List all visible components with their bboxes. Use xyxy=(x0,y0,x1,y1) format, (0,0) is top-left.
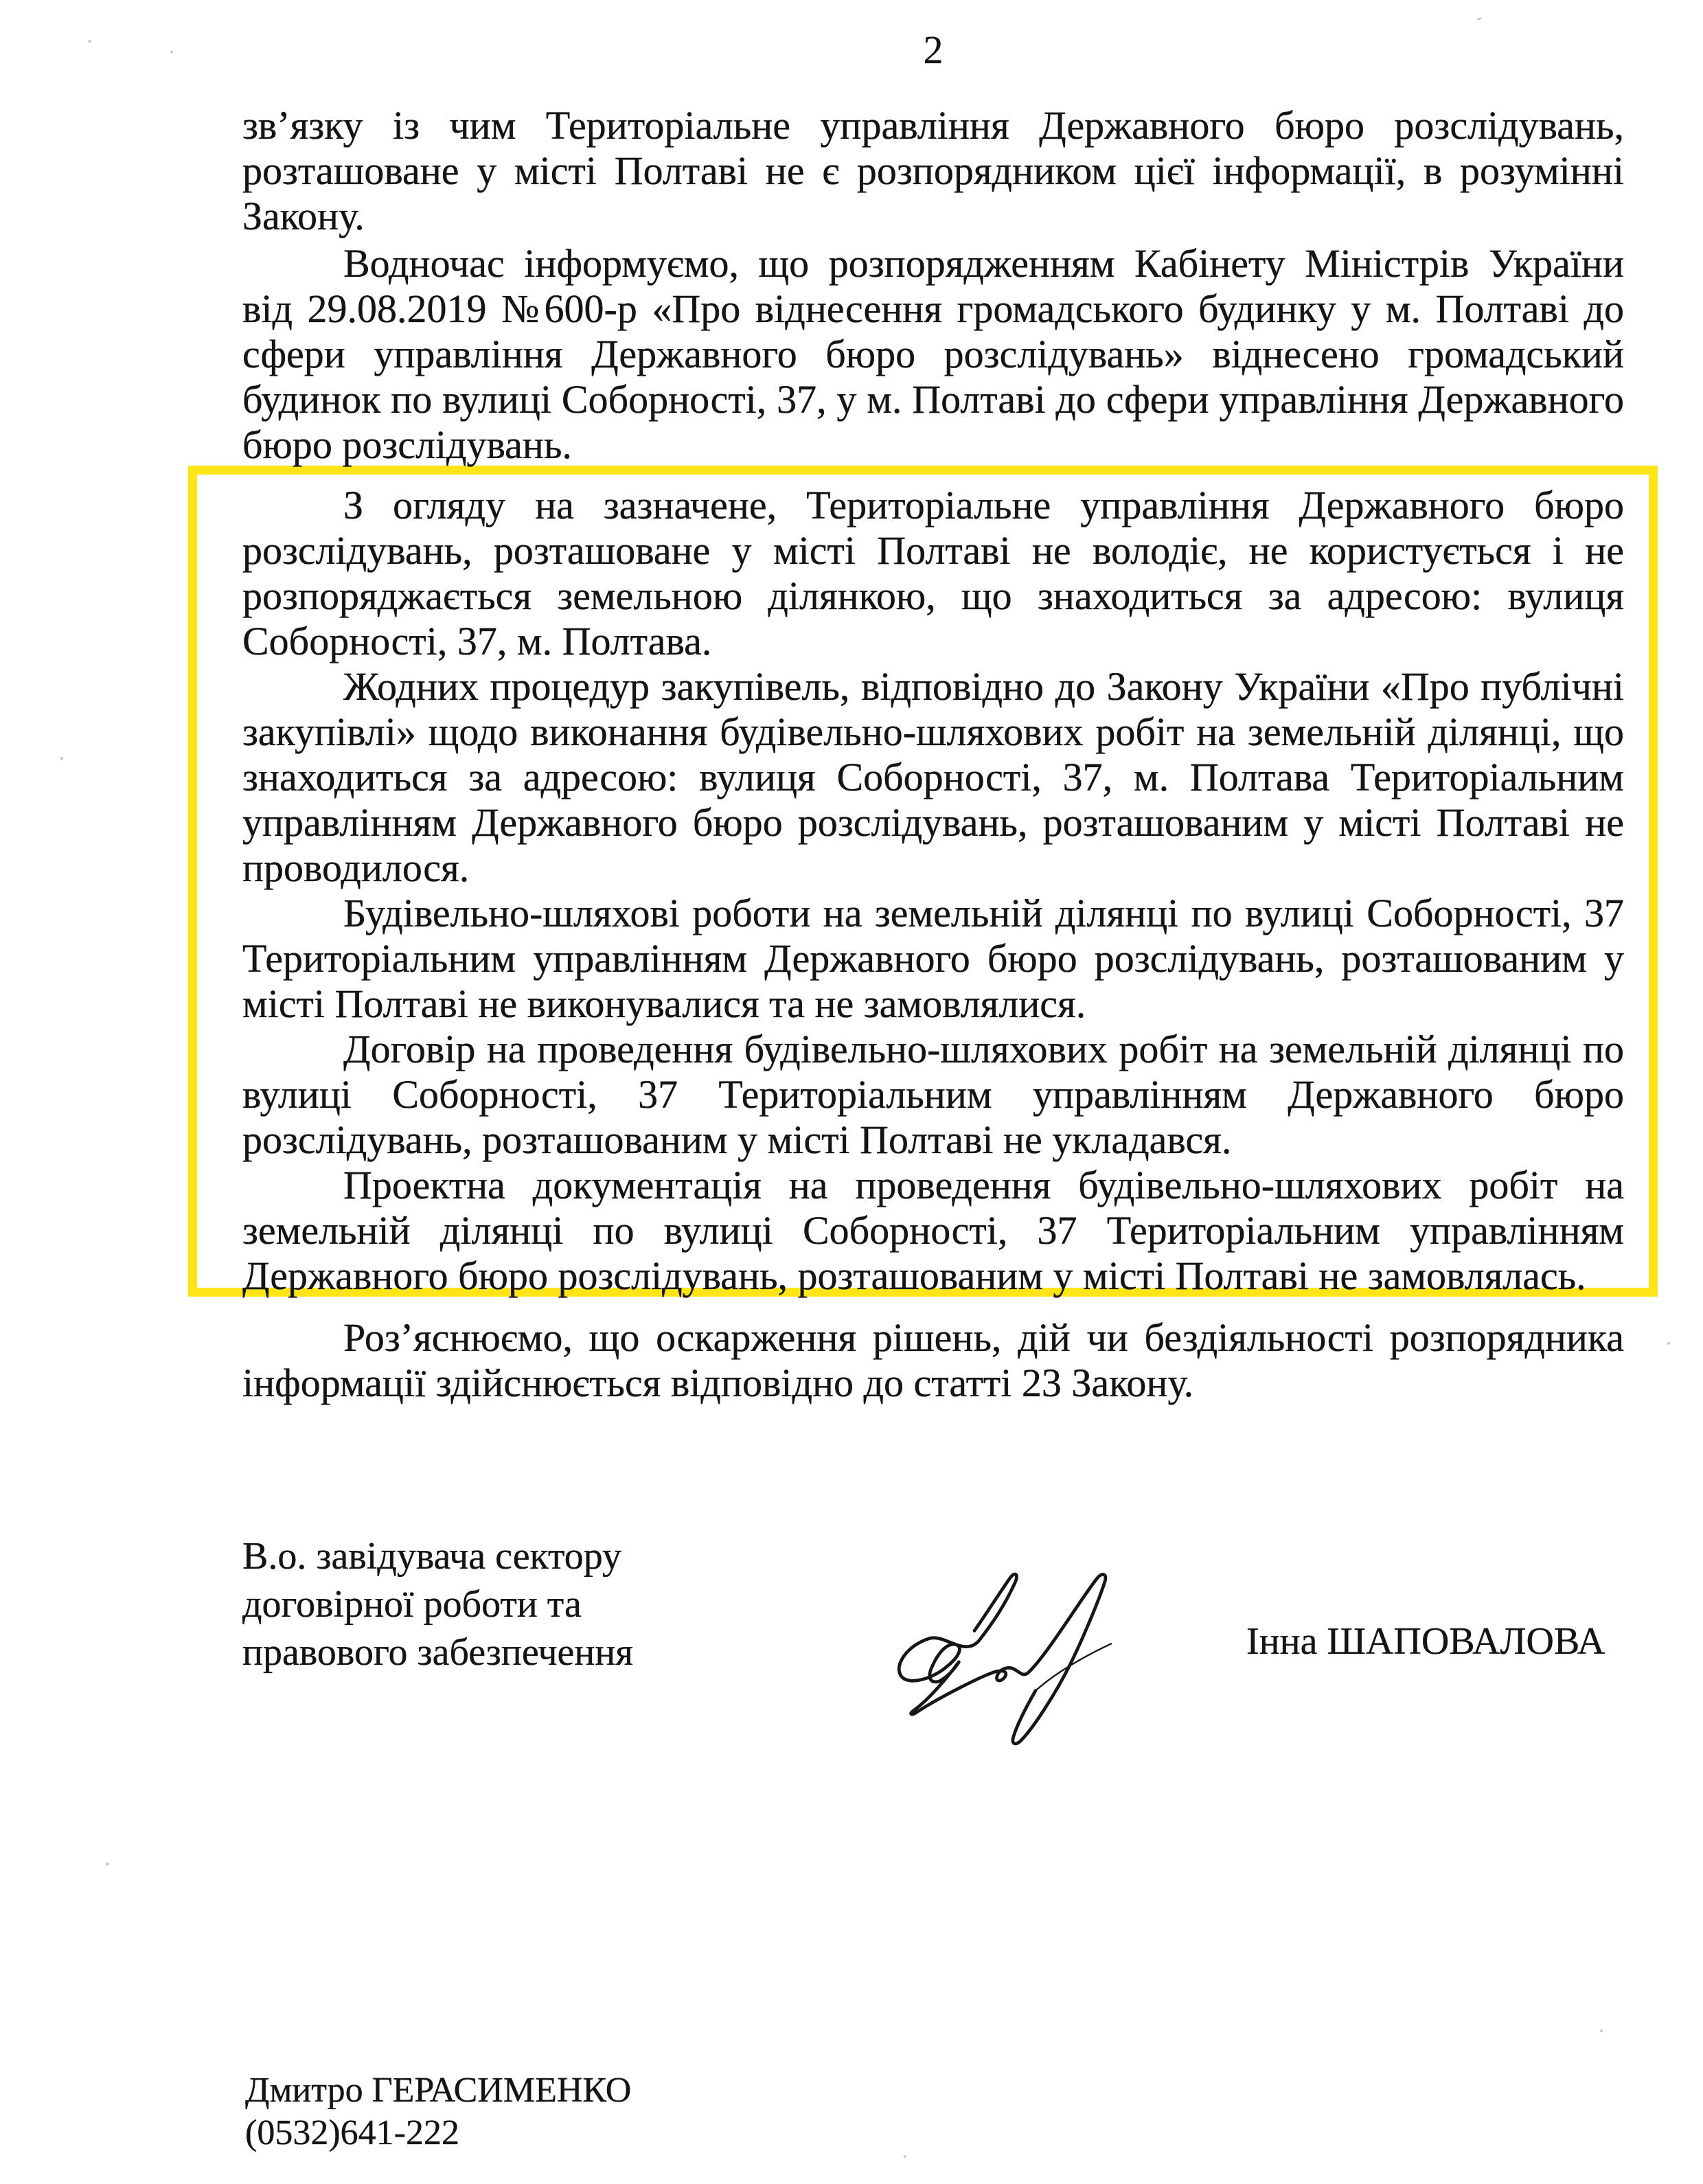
paragraph-appeal-clause: Роз’яснюємо, що оскарження рішень, дій ч… xyxy=(242,1315,1624,1406)
signer-name: Інна ШАПОВАЛОВА xyxy=(1246,1617,1605,1665)
signer-position-line: правового забезпечення xyxy=(242,1628,737,1676)
paragraph-highlighted-procurement: Жодних процедур закупівель, відповідно д… xyxy=(242,664,1624,891)
handwritten-signature-icon xyxy=(876,1554,1123,1756)
contact-phone: (0532)641-222 xyxy=(245,2112,631,2154)
scan-speck xyxy=(1600,2029,1603,2032)
contact-name: Дмитро ГЕРАСИМЕНКО xyxy=(245,2069,631,2112)
paragraph-highlighted-contract: Договір на проведення будівельно-шляхови… xyxy=(242,1027,1624,1163)
scan-speck xyxy=(1476,17,1483,21)
contact-block: Дмитро ГЕРАСИМЕНКО (0532)641-222 xyxy=(245,2069,631,2154)
scan-speck xyxy=(904,2155,906,2158)
page-number: 2 xyxy=(242,27,1624,73)
paragraph-highlighted-land-plot: З огляду на зазначене, Територіальне упр… xyxy=(242,483,1624,664)
paragraph-highlighted-road-works: Будівельно-шляхові роботи на земельній д… xyxy=(242,891,1624,1027)
document-body: зв’язку із чим Територіальне управління … xyxy=(242,103,1624,1406)
signer-position-line: В.о. завідувача сектору xyxy=(242,1532,737,1580)
scan-speck xyxy=(88,40,91,43)
signer-position: В.о. завідувача сектору договірної робот… xyxy=(242,1532,737,1676)
paragraph-highlighted-project-docs: Проектна документація на проведення буді… xyxy=(242,1163,1624,1299)
scanned-document-page: 2 зв’язку із чим Територіальне управлінн… xyxy=(0,0,1703,2184)
scan-speck xyxy=(170,51,173,54)
paragraph-continuation: зв’язку із чим Територіальне управління … xyxy=(242,103,1624,239)
scan-speck xyxy=(60,757,63,760)
scan-speck xyxy=(1667,1342,1670,1345)
scan-speck xyxy=(106,1863,109,1865)
paragraph-cabinet-order: Водночас інформуємо, що розпорядженням К… xyxy=(242,241,1624,468)
signer-position-line: договірної роботи та xyxy=(242,1580,737,1628)
